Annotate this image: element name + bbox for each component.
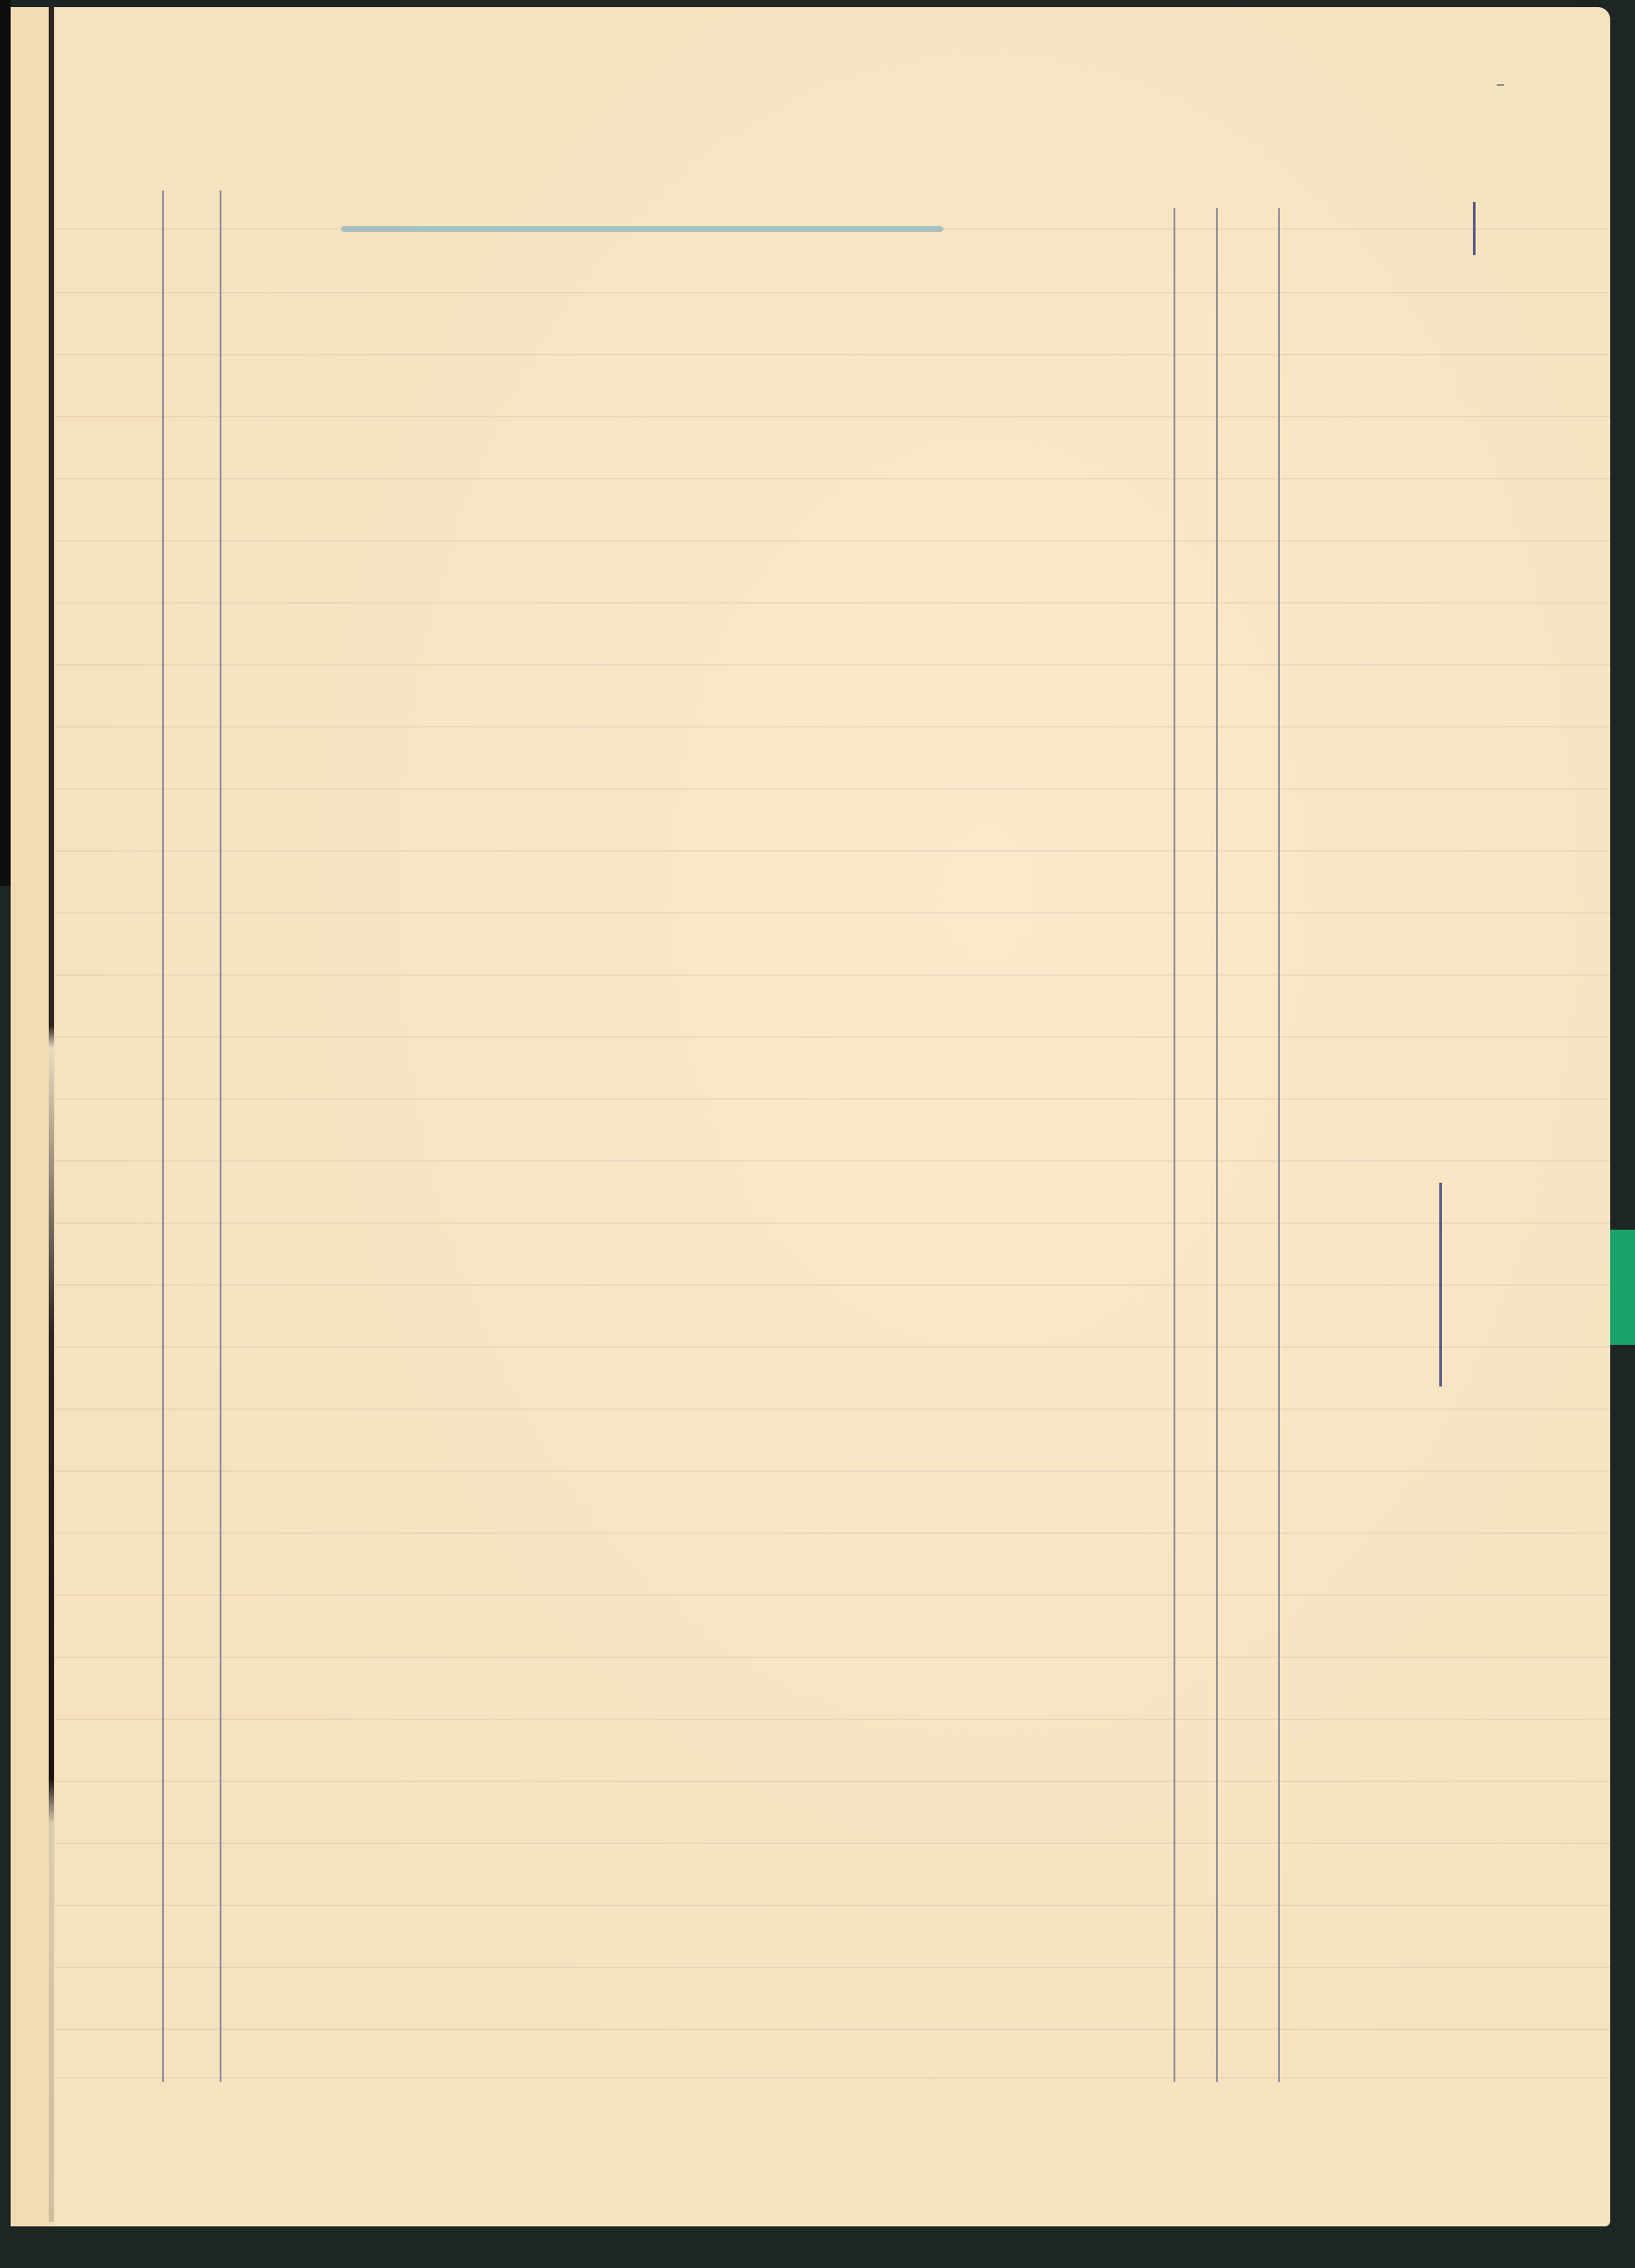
ruled-line bbox=[55, 1161, 1610, 1161]
blue-underline bbox=[341, 226, 943, 232]
binding-gutter bbox=[49, 7, 54, 2222]
ruled-line bbox=[55, 788, 1610, 789]
green-tab-marker bbox=[1610, 1230, 1635, 1345]
ruled-line bbox=[55, 1719, 1610, 1720]
ruled-line bbox=[55, 1099, 1610, 1099]
ruled-line bbox=[55, 913, 1610, 913]
column-line-c bbox=[1278, 208, 1280, 2082]
ruled-line bbox=[55, 664, 1610, 665]
ruled-line bbox=[55, 1471, 1610, 1472]
ruled-line bbox=[55, 292, 1610, 293]
column-line-number bbox=[220, 190, 221, 2082]
ruled-line bbox=[55, 1905, 1610, 1906]
ruled-line bbox=[55, 2078, 1610, 2078]
ruled-line bbox=[55, 1781, 1610, 1782]
ruled-line bbox=[55, 1223, 1610, 1223]
ruled-line bbox=[55, 850, 1610, 851]
ruled-line bbox=[55, 975, 1610, 975]
ruled-line bbox=[55, 602, 1610, 603]
column-line-b bbox=[1216, 208, 1218, 2082]
ruled-line bbox=[55, 1285, 1610, 1285]
ruled-line bbox=[55, 1595, 1610, 1596]
ruled-line bbox=[55, 1409, 1610, 1410]
notebook-page bbox=[55, 7, 1610, 2226]
ruled-line bbox=[55, 1037, 1610, 1037]
column-line-left bbox=[162, 190, 164, 2082]
ruled-line bbox=[55, 540, 1610, 541]
ruled-line bbox=[55, 1657, 1610, 1658]
column-line-a bbox=[1174, 208, 1175, 2082]
ruled-line bbox=[55, 1533, 1610, 1534]
ruled-line bbox=[55, 416, 1610, 417]
ruled-line bbox=[55, 478, 1610, 479]
ruled-line bbox=[55, 1967, 1610, 1968]
ruled-line bbox=[55, 726, 1610, 727]
ruled-line bbox=[55, 2029, 1610, 2030]
page-number bbox=[1497, 84, 1504, 86]
margin-tick bbox=[1473, 202, 1476, 255]
scan-edge-left bbox=[0, 0, 11, 886]
margin-violet-line bbox=[1439, 1183, 1442, 1386]
ruled-line bbox=[55, 1843, 1610, 1844]
ruled-line bbox=[55, 1347, 1610, 1348]
ruled-line bbox=[55, 354, 1610, 355]
